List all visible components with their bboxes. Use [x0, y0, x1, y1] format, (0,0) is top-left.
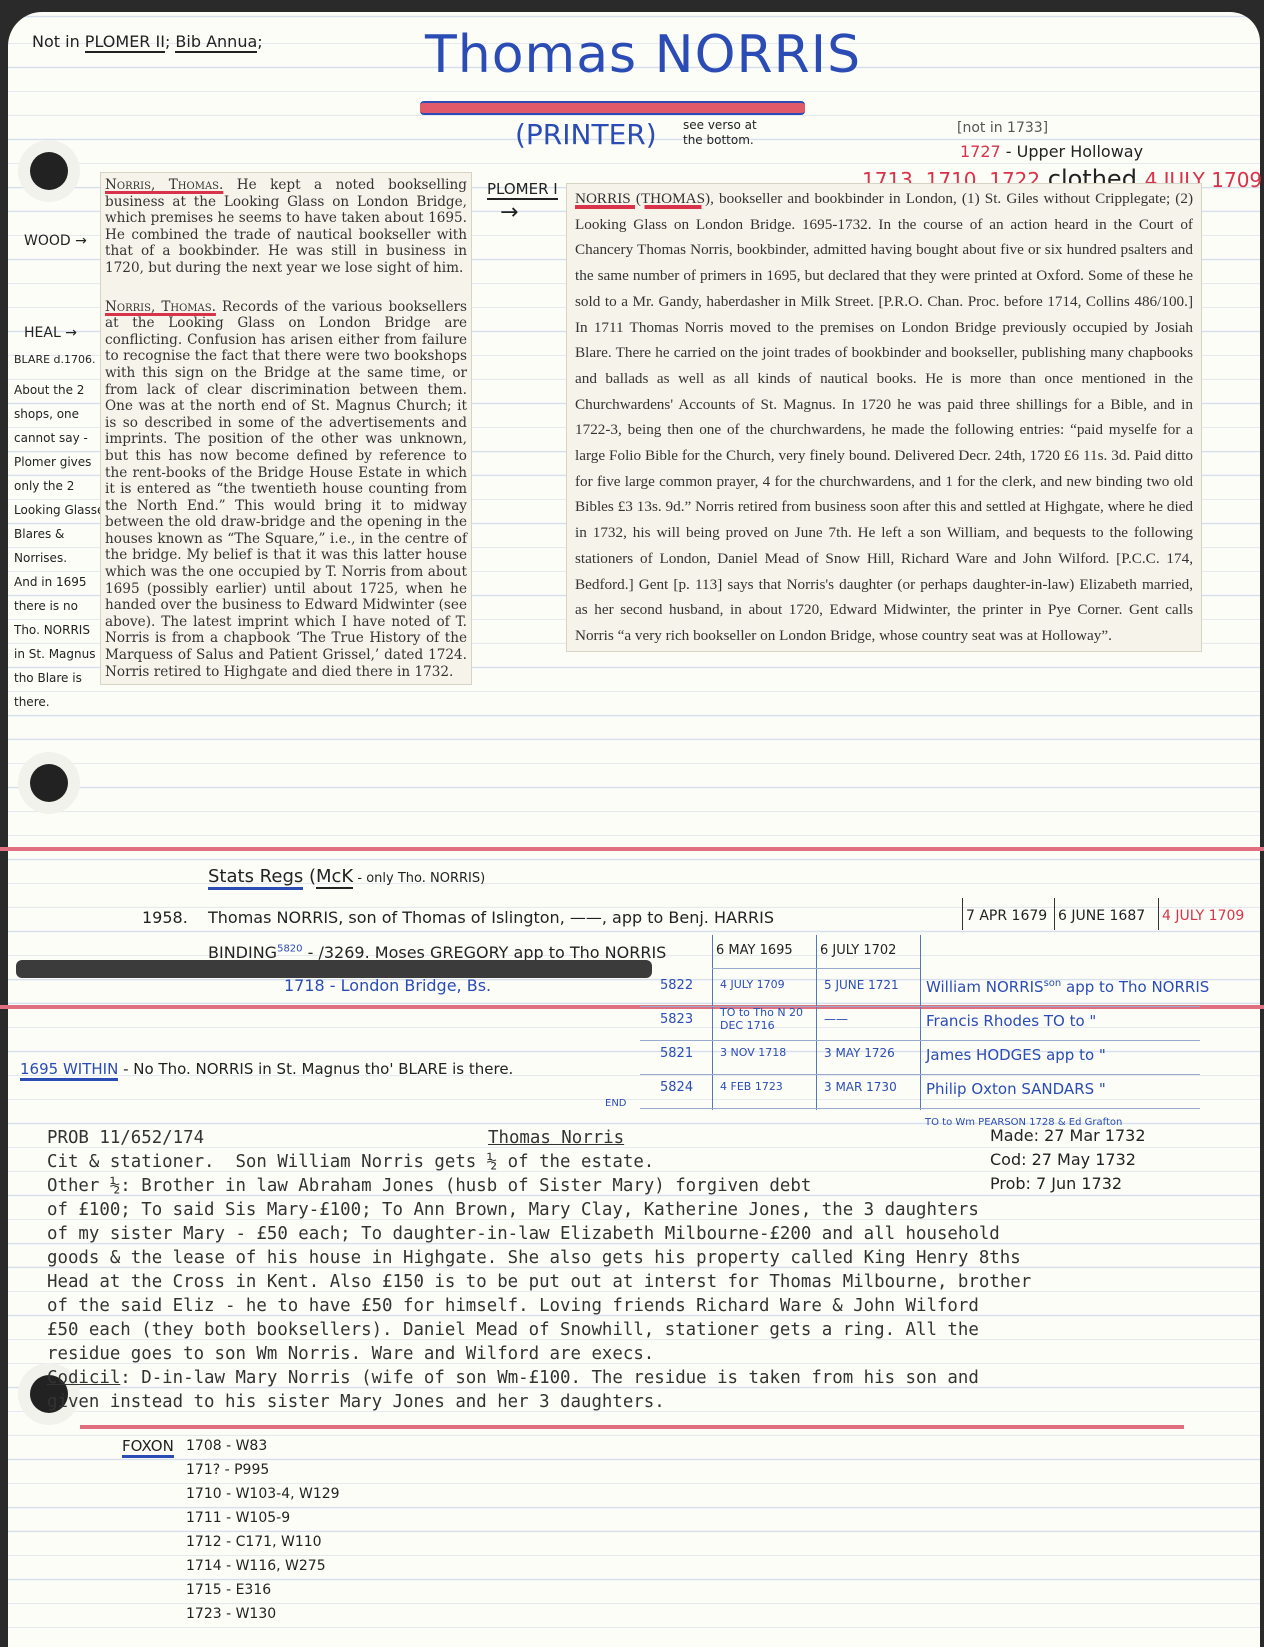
apprentice-note: "	[1085, 1012, 1097, 1030]
foxon-entry: 171? - P995	[186, 1462, 269, 1478]
margin-note-line: there is no	[14, 599, 78, 613]
table-rule	[640, 1040, 1200, 1041]
clipping-wood-heal: Norris, Thomas. He kept a noted booksell…	[100, 172, 472, 685]
note-text: Not in	[32, 32, 85, 51]
holloway-note: 1727 - Upper Holloway	[960, 142, 1143, 161]
will-line: Head at the Cross in Kent. Also £150 is …	[47, 1270, 1031, 1294]
plomer-label: PLOMER I	[487, 180, 558, 200]
section-divider	[0, 847, 1264, 851]
separator: ;	[257, 32, 262, 51]
margin-note-line: in St. Magnus	[14, 647, 96, 661]
will-ref: PROB 11/652/174	[47, 1126, 204, 1150]
struck-out-line	[16, 960, 652, 978]
top-left-note: Not in PLOMER II; Bib Annua;	[32, 32, 263, 51]
margin-note-line: Plomer gives	[14, 455, 91, 469]
foxon-entry: 1711 - W105-9	[186, 1510, 290, 1526]
heal-clipping: Norris, Thomas. Records of the various b…	[105, 299, 467, 681]
will-line: of the said Eliz - he to have £50 for hi…	[47, 1294, 1031, 1318]
apprentice-free-date: 5 JUNE 1721	[824, 978, 899, 992]
paren: (	[303, 866, 316, 887]
plomer-arrow: →	[500, 200, 518, 225]
table-rule	[962, 898, 963, 930]
binder-hole	[30, 764, 68, 802]
will-text: Cit & stationer. Son William Norris gets…	[47, 1150, 1031, 1366]
apprentice-note: app to "	[1041, 1046, 1106, 1064]
will-line: £50 each (they both booksellers). Daniel…	[47, 1318, 1031, 1342]
plomer-clipping: NORRIS (THOMAS), bookseller and bookbind…	[575, 186, 1193, 649]
row-1958-text: Thomas NORRIS, son of Thomas of Islingto…	[208, 908, 774, 927]
stats-regs-label: Stats Regs	[208, 866, 303, 890]
foxon-heading: FOXON	[122, 1437, 174, 1458]
subtitle-note: see verso at the bottom.	[683, 118, 773, 148]
margin-plomer: PLOMER I	[487, 180, 558, 198]
will-line: Other ½: Brother in law Abraham Jones (h…	[47, 1174, 1031, 1198]
apprentice-bound-date: 4 JULY 1709	[720, 978, 785, 991]
margin-heal: HEAL →	[24, 325, 77, 341]
clipping-plomer: NORRIS (THOMAS), bookseller and bookbind…	[566, 183, 1202, 652]
mck-note: - only Tho. NORRIS)	[353, 871, 485, 886]
apprentice-number: 5822	[660, 978, 693, 993]
within-text: - No Tho. NORRIS in St. Magnus tho' BLAR…	[118, 1060, 513, 1078]
apprentice-note: "	[1094, 1080, 1106, 1098]
table-rule	[640, 1074, 1200, 1075]
will-line: of £100; To said Sis Mary-£100; To Ann B…	[47, 1198, 1031, 1222]
foxon-entry: 1714 - W116, W275	[186, 1558, 326, 1574]
heal-entry-head: Norris, Thomas.	[105, 299, 216, 315]
heal-entry-body: Records of the various booksellers at th…	[105, 299, 467, 680]
apprentice-bound-date: 4 FEB 1723	[720, 1080, 783, 1093]
apprentice-free-date: 3 MAR 1730	[824, 1080, 897, 1094]
table-rule	[816, 935, 817, 1110]
table-rule	[920, 935, 921, 1110]
margin-note-line: only the 2	[14, 479, 74, 493]
will-line: Cit & stationer. Son William Norris gets…	[47, 1150, 1031, 1174]
foxon-entry: 1710 - W103-4, W129	[186, 1486, 340, 1502]
plomer-ii-ref: PLOMER II	[85, 32, 165, 53]
will-name: Thomas Norris	[488, 1126, 624, 1150]
wood-entry-head: Norris, Thomas.	[105, 177, 223, 193]
subtitle: (PRINTER)	[515, 118, 657, 151]
apprentice-free-date: 3 MAY 1726	[824, 1046, 895, 1060]
bib-annua-ref: Bib Annua	[175, 32, 257, 53]
margin-note-line: About the 2	[14, 383, 84, 397]
will-line: goods & the lease of his house in Highga…	[47, 1246, 1031, 1270]
within-row: 1695 WITHIN - No Tho. NORRIS in St. Magn…	[20, 1060, 513, 1078]
apprentice-name: William NORRISson app to Tho NORRIS	[926, 978, 1209, 996]
margin-note-line: Looking Glasses	[14, 503, 111, 517]
apprentice-number: 5821	[660, 1046, 693, 1061]
london-bridge-note: 1718 - London Bridge, Bs.	[284, 976, 491, 995]
will-line: residue goes to son Wm Norris. Ware and …	[47, 1342, 1031, 1366]
binding-date-2: 6 JULY 1702	[820, 943, 896, 958]
codicil-text: : D-in-law Mary Norris (wife of son Wm-£…	[120, 1368, 979, 1388]
plomer-entry-head: NORRIS (THOMAS)	[575, 190, 710, 207]
foxon-label: FOXON	[122, 1437, 174, 1455]
mck-label: McK	[316, 866, 353, 889]
codicil-label: Codicil	[47, 1368, 120, 1388]
will-line: of my sister Mary - £50 each; To daughte…	[47, 1222, 1031, 1246]
margin-note-line: Blares &	[14, 527, 64, 541]
foxon-entry: 1723 - W130	[186, 1606, 276, 1622]
table-rule	[1158, 898, 1159, 930]
row-1958-date-1: 7 APR 1679	[966, 908, 1047, 924]
apprentice-name: Francis Rhodes TO to "	[926, 1012, 1096, 1030]
margin-note-line: Tho. NORRIS	[14, 623, 90, 637]
apprentice-note: app to Tho NORRIS	[1061, 978, 1209, 996]
separator: ;	[165, 32, 175, 51]
title-underline	[420, 101, 805, 115]
apprentice-name: James HODGES app to "	[926, 1046, 1106, 1064]
will-date: Made: 27 Mar 1732	[990, 1126, 1146, 1145]
margin-note-line: shops, one	[14, 407, 79, 421]
apprentice-number: 5823	[660, 1012, 693, 1027]
page-title: Thomas NORRIS	[425, 25, 861, 85]
margin-note-line: Norrises.	[14, 551, 67, 565]
stats-regs-heading: Stats Regs (McK - only Tho. NORRIS)	[208, 866, 485, 887]
margin-note-line: cannot say -	[14, 431, 88, 445]
apprentice-bound-date: 3 NOV 1718	[720, 1046, 786, 1059]
wood-clipping: Norris, Thomas. He kept a noted booksell…	[105, 177, 467, 277]
codicil-line-2: given instead to his sister Mary Jones a…	[47, 1390, 665, 1414]
foxon-entry: 1715 - E316	[186, 1582, 271, 1598]
margin-blare: BLARE d.1706.	[14, 353, 96, 366]
year-1727: 1727	[960, 142, 1001, 161]
foxon-entry: 1712 - C171, W110	[186, 1534, 322, 1550]
apprentice-number: 5824	[660, 1080, 693, 1095]
apprentice-name: Philip Oxton SANDARS "	[926, 1080, 1106, 1098]
table-rule	[712, 935, 713, 1110]
within-label: 1695 WITHIN	[20, 1060, 118, 1081]
margin-wood: WOOD →	[24, 233, 87, 249]
end-label: END	[605, 1098, 627, 1109]
plomer-entry-body: , bookseller and bookbinder in London, (…	[575, 190, 1193, 644]
table-rule	[640, 1108, 1200, 1109]
row-1958-num: 1958.	[142, 908, 188, 927]
binding-ref: 5820	[277, 944, 302, 955]
table-rule	[712, 968, 920, 969]
apprentice-relation: son	[1044, 978, 1062, 989]
margin-note-line: tho Blare is	[14, 671, 82, 685]
row-1958-date-3: 4 JULY 1709	[1162, 908, 1244, 924]
binding-date-1: 6 MAY 1695	[716, 943, 793, 958]
upper-holloway: - Upper Holloway	[1001, 142, 1143, 161]
apprentice-free-date: ——	[824, 1012, 848, 1026]
foxon-entry: 1708 - W83	[186, 1438, 267, 1454]
table-rule	[1054, 898, 1055, 930]
apprentice-bound-date: TO to Tho N 20 DEC 1716	[720, 1006, 810, 1032]
margin-note-line: And in 1695	[14, 575, 87, 589]
binder-hole	[30, 152, 68, 190]
not-in-1733: [not in 1733]	[957, 120, 1048, 136]
margin-note-line: there.	[14, 695, 50, 709]
row-1958-date-2: 6 JUNE 1687	[1058, 908, 1145, 924]
codicil-line-1: Codicil: D-in-law Mary Norris (wife of s…	[47, 1366, 979, 1390]
section-divider	[80, 1425, 1184, 1429]
